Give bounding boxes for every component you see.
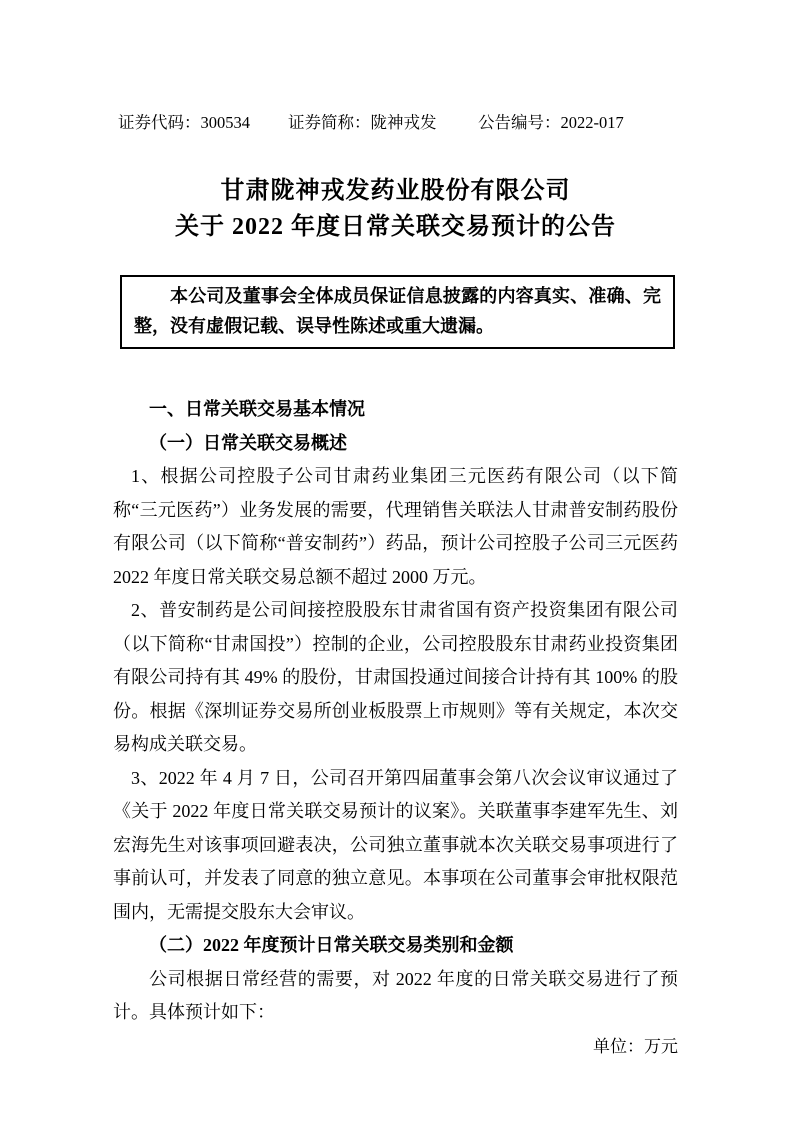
securities-abbr: 证券简称：陇神戎发 — [288, 112, 437, 133]
company-name-title: 甘肃陇神戎发药业股份有限公司 — [113, 173, 678, 209]
paragraph-3: 3、2022 年 4 月 7 日，公司召开第四届董事会第八次会议审议通过了《关于… — [113, 762, 678, 930]
document-header: 证券代码：300534 证券简称：陇神戎发 公告编号：2022-017 — [113, 112, 678, 133]
page-content: 证券代码：300534 证券简称：陇神戎发 公告编号：2022-017 甘肃陇神… — [0, 0, 793, 1122]
announcement-subject-title: 关于 2022 年度日常关联交易预计的公告 — [113, 209, 678, 245]
paragraph-4: 公司根据日常经营的需要，对 2022 年度的日常关联交易进行了预计。具体预计如下… — [113, 963, 678, 1030]
paragraph-1: 1、根据公司控股子公司甘肃药业集团三元医药有限公司（以下简称“三元医药”）业务发… — [113, 460, 678, 594]
document-body: 一、日常关联交易基本情况 （一）日常关联交易概述 1、根据公司控股子公司甘肃药业… — [113, 393, 678, 1063]
disclaimer-text: 本公司及董事会全体成员保证信息披露的内容真实、准确、完整，没有虚假记载、误导性陈… — [134, 281, 661, 341]
section-heading-basic-info: 一、日常关联交易基本情况 — [113, 393, 678, 427]
announcement-page: 证券代码：300534 证券简称：陇神戎发 公告编号：2022-017 甘肃陇神… — [0, 0, 793, 1122]
subsection-heading-categories-amounts: （二）2022 年度预计日常关联交易类别和金额 — [113, 929, 678, 963]
announcement-number: 公告编号：2022-017 — [478, 112, 624, 133]
disclaimer-box: 本公司及董事会全体成员保证信息披露的内容真实、准确、完整，没有虚假记载、误导性陈… — [120, 275, 675, 349]
subsection-heading-overview: （一）日常关联交易概述 — [113, 427, 678, 461]
unit-note: 单位：万元 — [113, 1030, 678, 1064]
document-title: 甘肃陇神戎发药业股份有限公司 关于 2022 年度日常关联交易预计的公告 — [113, 173, 678, 245]
securities-code: 证券代码：300534 — [118, 112, 250, 133]
paragraph-2: 2、普安制药是公司间接控股股东甘肃省国有资产投资集团有限公司（以下简称“甘肃国投… — [113, 594, 678, 762]
